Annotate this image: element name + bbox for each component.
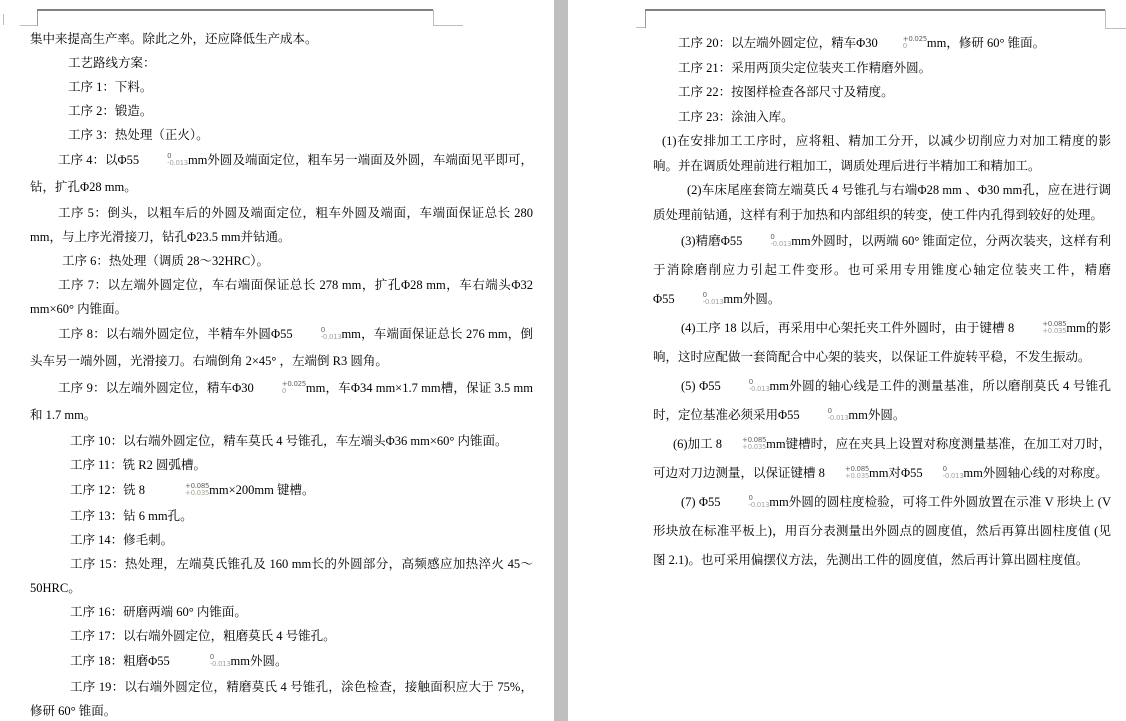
tolerance-dimension: +0.085+0.035 bbox=[722, 437, 766, 451]
paragraph[interactable]: 工序 8：以右端外圆定位，半精车外圆Φ550-0.013mm，车端面保证总长 2… bbox=[30, 321, 533, 375]
page-gap bbox=[554, 0, 568, 721]
paragraph[interactable]: 工序 18：粗磨Φ550-0.013mm外圆。 bbox=[30, 648, 533, 675]
paragraph[interactable]: (2)车床尾座套筒左端莫氏 4 号锥孔与右端Φ28 mm 、Φ30 mm孔，应在… bbox=[653, 178, 1111, 227]
paragraph[interactable]: 工序 17：以右端外圆定位，粗磨莫氏 4 号锥孔。 bbox=[30, 624, 533, 648]
page-edge-mark bbox=[37, 10, 38, 26]
page-edge-mark bbox=[1105, 10, 1106, 29]
tolerance-dimension: Φ30+0.0250 bbox=[856, 36, 927, 50]
paragraph[interactable]: 工序 2：锻造。 bbox=[30, 99, 533, 123]
tolerance-dimension: Φ550-0.013 bbox=[699, 495, 769, 509]
tolerance-dimension: Φ30+0.0250 bbox=[232, 381, 306, 395]
paragraph[interactable]: 工序 3：热处理（正火）。 bbox=[30, 123, 533, 147]
paragraph[interactable]: (3)精磨Φ550-0.013mm外圆时，以两端 60° 锥面定位，分两次装夹，… bbox=[653, 227, 1111, 314]
tolerance-dimension: Φ550-0.013 bbox=[778, 408, 848, 422]
page-edge-mark bbox=[3, 14, 4, 25]
page-left[interactable]: 集中来提高生产率。除此之外，还应降低生产成本。工艺路线方案：工序 1：下料。工序… bbox=[0, 0, 554, 721]
paragraph[interactable]: 工序 13：钻 6 mm孔。 bbox=[30, 504, 533, 528]
paragraph[interactable]: (5) Φ550-0.013mm外圆的轴心线是工件的测量基准，所以磨削莫氏 4 … bbox=[653, 372, 1111, 430]
tolerance-dimension: Φ550-0.013 bbox=[901, 466, 963, 480]
tolerance-dimension: +0.085+0.035 bbox=[145, 483, 209, 497]
paragraph[interactable]: 工序 22：按图样检查各部尺寸及精度。 bbox=[653, 80, 1111, 105]
tolerance-dimension: +0.085+0.035 bbox=[1014, 321, 1066, 335]
page-edge-mark bbox=[645, 10, 646, 28]
paragraph[interactable]: 工艺路线方案： bbox=[30, 51, 533, 75]
paragraph[interactable]: 工序 15：热处理，左端莫氏锥孔及 160 mm长的外圆部分，高频感应加热淬火 … bbox=[30, 552, 533, 600]
paragraph[interactable]: 工序 1：下料。 bbox=[30, 75, 533, 99]
page-edge-mark bbox=[20, 25, 37, 26]
paragraph[interactable]: 工序 9：以左端外圆定位，精车Φ30+0.0250mm，车Φ34 mm×1.7 … bbox=[30, 375, 533, 429]
paragraph[interactable]: 工序 16：研磨两端 60° 内锥面。 bbox=[30, 600, 533, 624]
paragraph[interactable]: 工序 10：以右端外圆定位，精车莫氏 4 号锥孔，车左端头Φ36 mm×60° … bbox=[30, 429, 533, 453]
paragraph[interactable]: (6)加工 8+0.085+0.035mm键槽时，应在夹具上设置对称度测量基准，… bbox=[653, 430, 1111, 488]
page-right-text: 工序 20：以左端外圆定位，精车Φ30+0.0250mm，修研 60° 锥面。工… bbox=[653, 31, 1111, 575]
paragraph[interactable]: 工序 21：采用两顶尖定位装夹工作精磨外圆。 bbox=[653, 56, 1111, 81]
tolerance-dimension: Φ550-0.013 bbox=[148, 654, 230, 668]
document-canvas: 集中来提高生产率。除此之外，还应降低生产成本。工艺路线方案：工序 1：下料。工序… bbox=[0, 0, 1126, 721]
paragraph[interactable]: 工序 11：铣 R2 圆弧槽。 bbox=[30, 453, 533, 477]
page-left-text: 集中来提高生产率。除此之外，还应降低生产成本。工艺路线方案：工序 1：下料。工序… bbox=[30, 27, 533, 721]
page-edge-mark bbox=[433, 10, 434, 26]
paragraph[interactable]: 工序 20：以左端外圆定位，精车Φ30+0.0250mm，修研 60° 锥面。 bbox=[653, 31, 1111, 56]
paragraph[interactable]: 集中来提高生产率。除此之外，还应降低生产成本。 bbox=[30, 27, 533, 51]
page-edge-mark bbox=[433, 25, 463, 26]
paragraph[interactable]: (4)工序 18 以后，再采用中心架托夹工件外圆时，由于键槽 8+0.085+0… bbox=[653, 314, 1111, 372]
page-edge-mark bbox=[645, 9, 1105, 11]
paragraph[interactable]: (7) Φ550-0.013mm外圆的圆柱度检验，可将工件外圆放置在示准 V 形… bbox=[653, 488, 1111, 575]
tolerance-dimension: Φ550-0.013 bbox=[271, 327, 341, 341]
paragraph[interactable]: (1)在安排加工工序时，应将粗、精加工分开，以减少切削应力对加工精度的影响。并在… bbox=[653, 129, 1111, 178]
paragraph[interactable]: 工序 14：修毛刺。 bbox=[30, 528, 533, 552]
paragraph[interactable]: 工序 23：涂油入库。 bbox=[653, 105, 1111, 130]
page-edge-mark bbox=[1105, 28, 1126, 29]
page-right[interactable]: 工序 20：以左端外圆定位，精车Φ30+0.0250mm，修研 60° 锥面。工… bbox=[568, 0, 1126, 721]
paragraph[interactable]: 工序 5：倒头，以粗车后的外圆及端面定位，粗车外圆及端面，车端面保证总长 280… bbox=[30, 201, 533, 249]
paragraph[interactable]: 工序 19：以右端外圆定位，精磨莫氏 4 号锥孔，涂色检查，接触面积应大于 75… bbox=[30, 675, 533, 721]
page-edge-mark bbox=[37, 9, 433, 11]
tolerance-dimension: Φ550-0.013 bbox=[118, 153, 188, 167]
page-edge-mark bbox=[636, 27, 645, 28]
tolerance-dimension: Φ550-0.013 bbox=[721, 234, 791, 248]
paragraph[interactable]: 工序 7：以左端外圆定位，车右端面保证总长 278 mm，扩孔Φ28 mm，车右… bbox=[30, 273, 533, 321]
paragraph[interactable]: 工序 12：铣 8+0.085+0.035mm×200mm 键槽。 bbox=[30, 477, 533, 504]
paragraph[interactable]: 工序 4：以Φ550-0.013mm外圆及端面定位，粗车另一端面及外圆，车端面见… bbox=[30, 147, 533, 201]
tolerance-dimension: Φ550-0.013 bbox=[699, 379, 769, 393]
tolerance-dimension: +0.085+0.035 bbox=[825, 466, 869, 480]
tolerance-dimension: Φ550-0.013 bbox=[653, 292, 723, 306]
paragraph[interactable]: 工序 6：热处理（调质 28～32HRC）。 bbox=[30, 249, 533, 273]
